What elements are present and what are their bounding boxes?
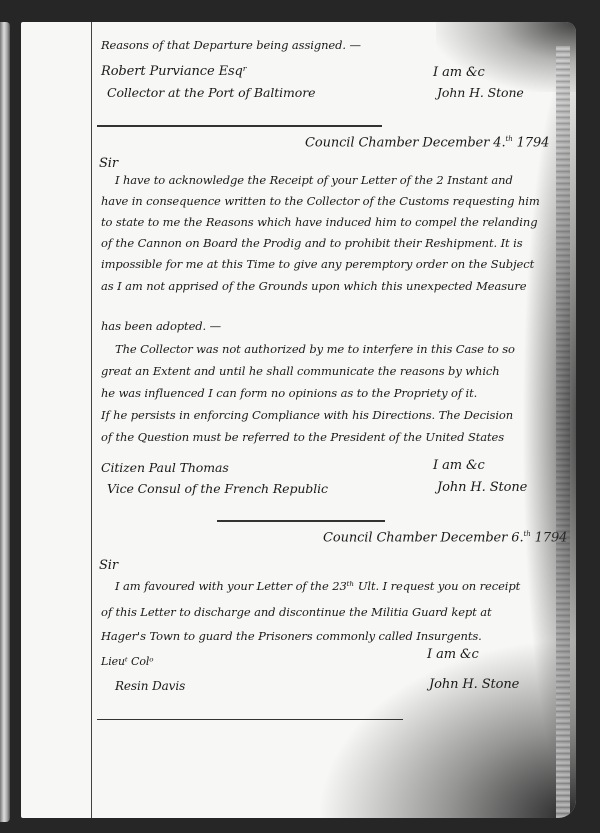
text-line: great an Extent and until he shall commu… xyxy=(101,364,500,378)
text-line: impossible for me at this Time to give a… xyxy=(101,257,534,271)
addressee-name: Resin Davis xyxy=(115,679,185,693)
heading-sup: th xyxy=(524,530,531,538)
closing: I am &c xyxy=(433,458,485,473)
closing: I am &c xyxy=(433,65,485,80)
heading-sup: th xyxy=(506,135,513,143)
text-line: of this Letter to discharge and disconti… xyxy=(101,605,492,619)
addressee-name: Robert Purviance Esqʳ xyxy=(101,64,247,79)
entry-divider xyxy=(217,520,385,522)
signature: John H. Stone xyxy=(429,677,519,692)
heading-text: Council Chamber December 4. xyxy=(305,135,506,150)
salutation: Sir xyxy=(99,558,118,573)
text-line: has been adopted. — xyxy=(101,319,221,333)
addressee-title: Collector at the Port of Baltimore xyxy=(107,85,315,100)
entry-heading: Council Chamber December 4.th 1794 xyxy=(305,135,549,150)
text-line: he was influenced I can form no opinions… xyxy=(101,386,477,400)
entry-divider xyxy=(97,719,403,720)
text-line: The Collector was not authorized by me t… xyxy=(115,342,515,356)
heading-text: Council Chamber December 6. xyxy=(323,530,524,545)
text-line: as I am not apprised of the Grounds upon… xyxy=(101,279,526,293)
text-line: If he persists in enforcing Compliance w… xyxy=(101,408,513,422)
text-line: I am favoured with your Letter of the 23… xyxy=(115,579,520,593)
heading-year: 1794 xyxy=(535,530,568,545)
manuscript-text: Reasons of that Departure being assigned… xyxy=(97,22,567,818)
heading-year: 1794 xyxy=(517,135,550,150)
signature: John H. Stone xyxy=(437,85,524,100)
adjacent-page-edge xyxy=(0,22,10,822)
text-line: of the Question must be referred to the … xyxy=(101,430,504,444)
manuscript-page: Reasons of that Departure being assigned… xyxy=(21,22,576,818)
text-line: of the Cannon on Board the Prodig and to… xyxy=(101,236,523,250)
addressee-name: Citizen Paul Thomas xyxy=(101,460,229,475)
text-line: I have to acknowledge the Receipt of you… xyxy=(115,173,513,187)
text-line: have in consequence written to the Colle… xyxy=(101,194,540,208)
margin-rule xyxy=(91,22,92,818)
closing: I am &c xyxy=(427,647,479,662)
addressee-title: Vice Consul of the French Republic xyxy=(107,481,328,496)
salutation: Sir xyxy=(99,156,118,171)
text-line: to state to me the Reasons which have in… xyxy=(101,215,537,229)
text-line: Hager's Town to guard the Prisoners comm… xyxy=(101,629,482,643)
entry-divider xyxy=(97,125,382,127)
signature: John H. Stone xyxy=(437,480,527,495)
entry-heading: Council Chamber December 6.th 1794 xyxy=(323,530,567,545)
text-line: Reasons of that Departure being assigned… xyxy=(101,38,361,52)
addressee-rank: Lieuᵗ Colᵒ xyxy=(101,655,153,668)
